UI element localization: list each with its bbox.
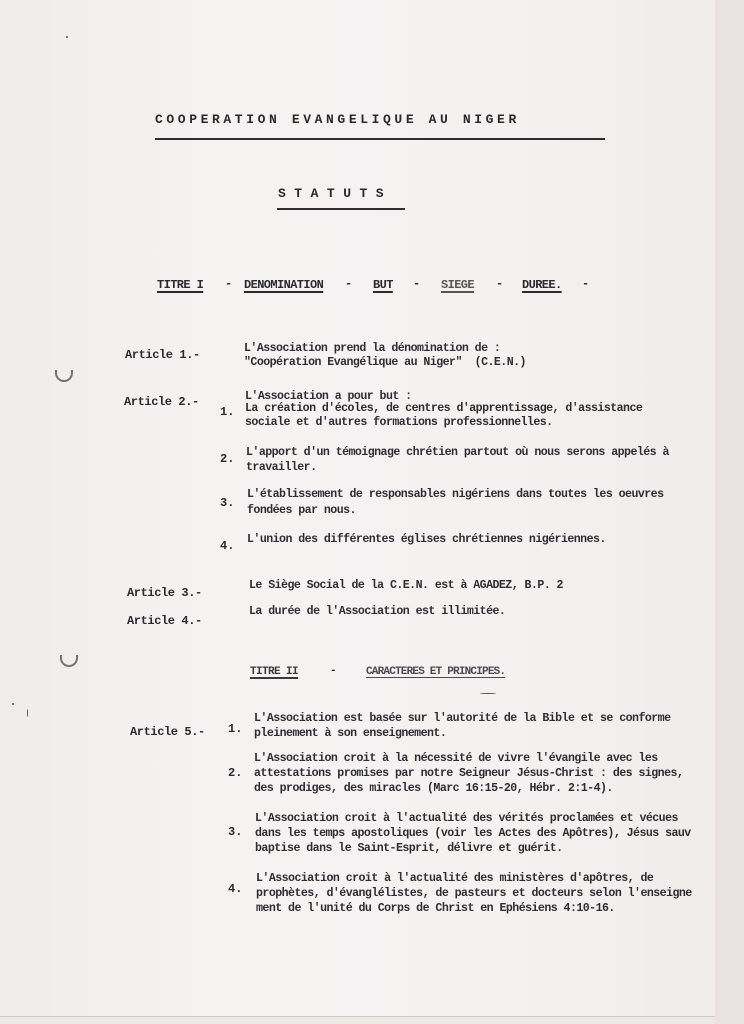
article-5-item-line: L'Association croit à la nécessité de vi… (254, 752, 658, 766)
titre2-heading: CARACTERES ET PRINCIPES. (366, 666, 505, 678)
article-5-item-line: des prodiges, des miracles (Marc 16:15-2… (254, 782, 613, 796)
article-5-item-line: baptise dans le Saint-Esprit, délivre et… (255, 842, 563, 856)
article-5-item-line: pleinement à son enseignement. (254, 727, 446, 741)
article-2-item-line: sociale et d'autres formations professio… (245, 416, 553, 430)
scan-edge (715, 0, 744, 1024)
subtitle-underline (277, 208, 405, 210)
article-2-item-line: fondées par nous. (247, 504, 356, 518)
scan-speck (480, 693, 496, 694)
titre1-separator: - (225, 277, 232, 291)
article-4-line: La durée de l'Association est illimitée. (249, 605, 505, 619)
article-2-item-line: travailler. (246, 461, 316, 475)
article-5-item-line: attestations promises par notre Seigneur… (254, 767, 683, 781)
article-5-item-line: dans les temps apostoliques (voir les Ac… (255, 827, 691, 841)
titre1-label: TITRE I (157, 278, 203, 292)
titre1-separator: - (413, 277, 420, 291)
article-5-item-line: L'Association croit à l'actualité des mi… (256, 872, 653, 886)
article-5-item-line: L'Association est basée sur l'autorité d… (254, 712, 670, 726)
document-page: COOPERATION EVANGELIQUE AU NIGER STATUTS… (0, 0, 716, 1017)
article-2-item-line: La création d'écoles, de centres d'appre… (245, 402, 642, 416)
scan-speck (12, 703, 14, 705)
titre1-trailing: - (582, 277, 589, 291)
article-3-label: Article 3.- (127, 586, 202, 600)
titre1-separator: - (345, 277, 352, 291)
article-3-line: Le Siège Social de la C.E.N. est à AGADE… (249, 579, 563, 593)
titre2-separator: - (330, 665, 337, 677)
article-5-item-line: L'Association croit à l'actualité des vé… (255, 812, 678, 826)
document-header: COOPERATION EVANGELIQUE AU NIGER (155, 112, 520, 127)
titre1-part-siege: SIEGE (441, 278, 474, 292)
article-2-item-number: 3. (220, 496, 234, 510)
article-2-item-line: L'apport d'un témoignage chrétien partou… (246, 446, 669, 460)
article-2-label: Article 2.- (124, 395, 199, 409)
article-5-label: Article 5.- (130, 725, 205, 739)
article-1-label: Article 1.- (125, 348, 200, 362)
article-5-item-number: 3. (228, 825, 242, 839)
article-4-label: Article 4.- (127, 614, 202, 628)
article-2-item-number: 2. (220, 452, 234, 466)
titre2-label: TITRE II (250, 666, 298, 678)
article-2-item-line: L'union des différentes églises chrétien… (247, 533, 606, 547)
article-2-item-line: L'établissement de responsables nigérien… (247, 488, 663, 502)
article-5-item-line: ment de l'unité du Corps de Christ en Ep… (256, 902, 615, 916)
article-5-item-number: 4. (228, 882, 242, 896)
article-1-line: L'Association prend la dénomination de : (244, 342, 500, 356)
article-2-item-number: 1. (220, 405, 234, 419)
header-underline (155, 138, 605, 140)
article-2-item-number: 4. (220, 539, 234, 553)
punch-hole-mark (60, 655, 78, 667)
titre1-part-denomination: DENOMINATION (244, 278, 323, 292)
titre1-part-but: BUT (373, 278, 393, 292)
article-1-line: "Coopération Evangélique au Niger" (C.E.… (244, 356, 526, 370)
punch-hole-mark (55, 370, 73, 382)
document-subtitle: STATUTS (278, 186, 392, 201)
article-5-item-line: prophètes, d'évanglélistes, de pasteurs … (256, 887, 692, 901)
scan-speck (66, 36, 68, 38)
scan-speck (27, 709, 28, 717)
article-5-item-number: 2. (228, 766, 242, 780)
titre1-part-duree: DUREE. (522, 278, 562, 292)
article-5-item-number: 1. (228, 722, 242, 736)
titre1-separator: - (496, 277, 503, 291)
